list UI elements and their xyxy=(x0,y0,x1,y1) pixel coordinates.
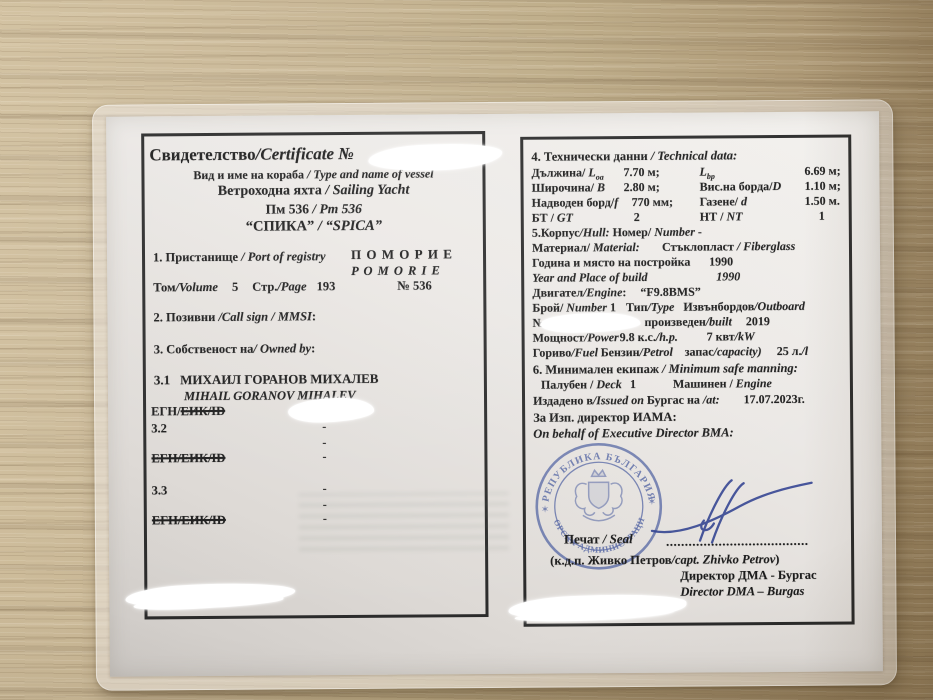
owner-1-line: 3.1МИХАИЛ ГОРАНОВ МИХАЛЕВ xyxy=(154,372,379,389)
vessel-type-sep: / xyxy=(322,183,333,198)
issued-line: Издадено в/Issued on Бургас на /at:17.07… xyxy=(533,393,805,409)
fuel-type-bg: Бензин xyxy=(601,345,640,359)
dots-text: ...................................... xyxy=(666,533,809,549)
volume-label-en: /Volume xyxy=(176,280,218,294)
title-english: /Certificate № xyxy=(256,144,354,164)
fuel-label-bg: Гориво xyxy=(533,345,572,359)
behalf-bg-text: За Изп. директор ИАМА: xyxy=(533,410,677,425)
page-label-bg: Стр. xyxy=(252,280,277,294)
owner-2-dash-2: - xyxy=(322,436,326,450)
dash-text: - xyxy=(322,435,326,449)
coat-of-arms-crown xyxy=(592,470,606,476)
vessel-type-bg: Ветроходна яхта xyxy=(218,183,322,199)
stamp-coat-of-arms xyxy=(575,470,622,521)
year-built-label-bg: Година и място на постройка xyxy=(532,256,690,271)
signature-dotted-line: ...................................... xyxy=(666,534,809,550)
draft-symbol: d xyxy=(741,194,747,208)
captain-name-en: /capt. Zhivko Petrov xyxy=(671,552,775,567)
length-value: 7.70 м; xyxy=(623,166,659,180)
owned-by-colon: : xyxy=(311,341,315,355)
call-sign-colon: : xyxy=(312,309,316,323)
fuel-capacity-value: 25 л./l xyxy=(777,345,809,359)
hull-heading: 5.Корпус/Hull: Номер/ Number - xyxy=(532,226,702,241)
gross-tonnage-value: 2 xyxy=(634,211,640,225)
port-bg-text: П О М О Р И Е xyxy=(351,246,453,262)
owner-3-number-line: 3.3 xyxy=(152,483,168,497)
vessel-type-line: Ветроходна яхта / Sailing Yacht xyxy=(145,182,483,200)
laminate-pouch: Свидетелство/Certificate № Вид и име на … xyxy=(92,99,897,691)
draft-value-text: 1.50 м. xyxy=(805,194,840,208)
owner-3-egn-line: ЕГН/ЕИК/ID xyxy=(152,513,226,528)
draft-label-bg: Газене/ xyxy=(700,194,741,208)
draft-label: Газене/ d xyxy=(700,195,747,209)
built-year-value: 2019 xyxy=(746,314,770,328)
power-hp-bg: 9.8 к.с. xyxy=(620,330,656,344)
port-en-text: P O M O R I E xyxy=(351,263,441,278)
capacity-label-bg: запас xyxy=(685,344,714,358)
gt-value-text: 2 xyxy=(634,210,640,224)
port-heading-bg: 1. Пристанище xyxy=(153,250,238,265)
coat-of-arms-scroll xyxy=(583,515,615,521)
freeboard-symbol: f xyxy=(614,195,618,209)
lbp-value: 6.69 м; xyxy=(804,165,840,179)
owner-2-dash-3: - xyxy=(322,450,326,464)
year-built-label-en: Year and Place of build xyxy=(532,271,647,286)
depth-value: 1.10 м; xyxy=(805,180,841,194)
call-sign-heading: 2. Позивни /Call sign / MMSI: xyxy=(153,309,316,325)
manning-heading-bg: 6. Минимален екипаж xyxy=(533,362,659,377)
engine-type-value-bg: Извънбордов xyxy=(680,299,754,314)
reverse-side-bleedthrough xyxy=(299,492,509,551)
nt-label-bg: НТ / xyxy=(700,209,727,223)
draft-value: 1.50 м. xyxy=(805,195,840,209)
owner-2-number-line: 3.2 xyxy=(151,421,167,435)
technical-heading-en: / Technical data: xyxy=(648,148,738,163)
egn-struck-part: ЕИК/ID xyxy=(181,404,226,418)
page-value: 193 xyxy=(317,279,336,293)
seal-label-bg: Печат xyxy=(564,531,600,546)
owner-2-number: 3.2 xyxy=(151,421,167,435)
hull-number-value: - xyxy=(695,225,702,239)
port-value-en: P O M O R I E xyxy=(351,263,441,278)
egn-label: ЕГН/ xyxy=(151,404,181,418)
hull-number-en: Number xyxy=(651,225,695,239)
certificate-number-value: № 536 xyxy=(397,278,432,293)
material-label-bg: Материал/ xyxy=(532,240,590,254)
issued-date: 17.07.2023г. xyxy=(744,392,805,406)
engine-built-line: произведен/built2019 xyxy=(644,315,769,330)
captain-name-bg: (к.д.п. Живко Петров xyxy=(550,553,671,568)
length-label-bg: Дължина/ xyxy=(531,165,588,179)
power-kw-value: 7 квт/kW xyxy=(707,330,755,344)
redaction-certificate-number xyxy=(368,142,503,174)
fuel-capacity-label: запас/capacity) xyxy=(685,345,762,359)
net-tonnage-value: 1 xyxy=(819,210,825,224)
hull-heading-en: /Hull: xyxy=(579,225,609,239)
owner-3-number: 3.3 xyxy=(152,483,168,497)
nt-value-text: 1 xyxy=(819,209,825,223)
fuel-type-value: Бензин/Petrol xyxy=(601,346,673,360)
machine-label-bg: Машинен / xyxy=(673,376,736,390)
freeboard-value-text: 770 мм; xyxy=(632,195,673,209)
year-en-text: Year and Place of build xyxy=(532,270,647,285)
call-sign-en: /Call sign / MMSI xyxy=(215,309,312,324)
depth-symbol: D xyxy=(772,179,781,193)
freeboard-label-bg: Надводен борд/ xyxy=(532,195,615,210)
engine-type-en: /Type xyxy=(647,300,674,314)
deck-label-bg: Палубен / xyxy=(541,377,597,391)
engine-model-value: “F9.8BMS” xyxy=(640,285,700,299)
deck-value-text: 1 xyxy=(630,377,636,391)
machine-label-en: Engine xyxy=(736,376,772,390)
year-bg-value-text: 1990 xyxy=(709,254,733,268)
material-label: Материал/ Material: xyxy=(532,241,640,256)
length-value-text: 7.70 м; xyxy=(623,165,659,179)
vessel-name-en: “SPICA” xyxy=(325,218,382,234)
capacity-value-en: /l xyxy=(801,344,808,358)
registration-sep: / xyxy=(309,201,320,216)
owned-by-en: / Owned by xyxy=(253,341,311,355)
manning-heading-en: / Minimum safe manning: xyxy=(659,361,798,376)
engine-crew-label: Машинен / Engine xyxy=(673,377,772,391)
registration-en: Pm 536 xyxy=(319,201,361,216)
owned-by-bg: 3. Собственост на xyxy=(154,342,254,357)
fuel-type-en: /Petrol xyxy=(639,345,672,359)
gt-label-en: GT xyxy=(557,210,573,224)
vessel-name-bg: “СПИКА” xyxy=(246,218,315,234)
type-name-bg: Вид и име на кораба xyxy=(193,167,304,182)
deck-crew-label: Палубен / Deck xyxy=(541,378,622,392)
port-heading-en: / Port of registry xyxy=(238,249,326,264)
volume-page-line: Том/Volume5Стр./Page193 xyxy=(153,279,335,295)
owner-1-number: 3.1 xyxy=(154,372,170,387)
engine-label-en: /Engine xyxy=(583,285,622,299)
power-hp-en: /h.p. xyxy=(656,330,678,344)
engine-type-bg: Тип xyxy=(626,300,648,314)
photo-of-certificate-on-wood-table: Свидетелство/Certificate № Вид и име на … xyxy=(0,0,933,700)
engine-line: Двигател/Engine:“F9.8BMS” xyxy=(532,286,701,301)
year-built-value-bg: 1990 xyxy=(709,255,733,269)
built-label-bg: произведен xyxy=(644,315,705,329)
volume-label-bg: Том xyxy=(153,280,175,294)
issued-na: на xyxy=(687,393,703,407)
registration-line: Пм 536 / Pm 536 xyxy=(145,200,483,218)
engine-count-value: 1 xyxy=(607,300,616,314)
certificate-paper: Свидетелство/Certificate № Вид и име на … xyxy=(106,111,883,676)
beam-symbol: B xyxy=(597,180,605,194)
owner-2-egn-line: ЕГН/ЕИК/ID xyxy=(151,451,225,466)
power-hp-value: 9.8 к.с./h.p. xyxy=(620,331,678,345)
beam-label-bg: Широчина/ xyxy=(532,180,597,194)
director-title-bg-line: Директор ДМА - Бургас xyxy=(680,568,816,583)
registration-bg: Пм 536 xyxy=(266,201,309,216)
egn-struck-full: ЕГН/ЕИК/ID xyxy=(152,513,226,528)
technical-data-heading: 4. Технически данни / Technical data: xyxy=(531,148,737,164)
fuel-label-en: /Fuel xyxy=(571,345,598,359)
certificate-left-page: Свидетелство/Certificate № Вид и име на … xyxy=(141,131,488,619)
engine-count-bg: Брой/ xyxy=(532,301,563,315)
title-bulgarian: Свидетелство xyxy=(149,145,255,165)
call-sign-bg: 2. Позивни xyxy=(153,310,215,324)
hull-heading-bg: 5.Корпус xyxy=(532,225,580,239)
issued-place: Бургас xyxy=(644,393,687,407)
engine-type-value-en: /Outboard xyxy=(754,299,805,313)
type-name-sep: / xyxy=(304,167,313,181)
fuel-label: Гориво/Fuel xyxy=(533,346,598,360)
stamp-star-left: ✶ xyxy=(541,505,549,516)
depth-label: Вис.на борда/D xyxy=(700,180,782,194)
material-value-en: / Fiberglass xyxy=(734,239,795,253)
page-label-en: /Page xyxy=(277,279,306,293)
seal-label: Печат / Seal xyxy=(564,532,633,547)
volume-value: 5 xyxy=(232,280,238,294)
capacity-value-bg: 25 л. xyxy=(777,344,802,358)
owner-1-egn-line: ЕГН/ЕИК/ID xyxy=(151,404,225,419)
material-value-bg: Стъклопласт xyxy=(662,239,734,254)
net-tonnage-label: НТ / NT xyxy=(700,210,743,224)
freeboard-label: Надводен борд/f xyxy=(532,196,619,210)
deck-crew-value: 1 xyxy=(630,378,636,392)
year-built-value-en: 1990 xyxy=(716,270,740,284)
built-label-en: /built xyxy=(706,314,732,328)
power-kw-bg: 7 квт xyxy=(707,329,735,343)
on-behalf-bg-line: За Изп. директор ИАМА: xyxy=(533,410,677,425)
director-title-en-line: Director DMA – Burgas xyxy=(680,584,804,599)
director-title-en: Director DMA – Burgas xyxy=(680,584,804,599)
owner-1-name-bg: МИХАИЛ ГОРАНОВ МИХАЛЕВ xyxy=(180,371,378,387)
owned-by-heading: 3. Собственост на/ Owned by: xyxy=(154,341,316,357)
engine-label-bg: Двигател xyxy=(532,285,583,299)
technical-heading-bg: 4. Технически данни xyxy=(531,149,647,164)
seal-label-en: / Seal xyxy=(599,531,632,546)
beam-value-text: 2.80 м; xyxy=(624,180,660,194)
material-label-en: Material: xyxy=(590,240,640,254)
hull-number-bg: Номер/ xyxy=(609,225,651,239)
vessel-name-sep: / xyxy=(314,218,325,234)
power-label: Мощност/Power xyxy=(533,331,619,345)
material-value: Стъклопласт / Fiberglass xyxy=(662,240,795,255)
capacity-label-en: /capacity) xyxy=(714,344,762,358)
port-value-bg: П О М О Р И Е xyxy=(351,247,453,263)
year-bg-text: Година и място на постройка xyxy=(532,255,690,270)
depth-value-text: 1.10 м; xyxy=(804,179,840,193)
gt-label-bg: БТ / xyxy=(532,211,557,225)
captain-name-line: (к.д.п. Живко Петров/capt. Zhivko Petrov… xyxy=(550,552,779,568)
cert-no-text: № 536 xyxy=(397,278,432,292)
freeboard-value: 770 мм; xyxy=(632,196,673,210)
nt-label-en: NT xyxy=(726,209,742,223)
coat-of-arms-shield xyxy=(589,482,609,508)
issued-label-bg: Издадено в xyxy=(533,393,593,407)
depth-label-bg: Вис.на борда/ xyxy=(700,179,773,194)
issued-label-en: /Issued on xyxy=(593,393,644,407)
beam-label: Широчина/ B xyxy=(532,181,606,195)
dash-text: - xyxy=(322,449,326,463)
deck-label-en: Deck xyxy=(596,377,621,391)
vessel-name-line: “СПИКА” / “SPICA” xyxy=(145,217,483,236)
issued-at: /at: xyxy=(703,392,720,406)
director-title-bg: Директор ДМА - Бургас xyxy=(680,568,816,583)
egn-struck-full: ЕГН/ЕИК/ID xyxy=(151,451,225,466)
beam-value: 2.80 м; xyxy=(624,181,660,195)
certificate-title: Свидетелство/Certificate № xyxy=(149,144,354,165)
engine-colon: : xyxy=(622,285,626,299)
certificate-right-page: 4. Технически данни / Technical data: Дъ… xyxy=(520,135,854,627)
signature-sweep-stroke xyxy=(652,483,812,532)
vessel-type-en: Sailing Yacht xyxy=(333,183,410,199)
lbp-value-text: 6.69 м; xyxy=(804,164,840,178)
gross-tonnage-label: БТ / GT xyxy=(532,211,573,225)
captain-name-close: ) xyxy=(775,552,779,566)
power-kw-en: /kW xyxy=(735,329,755,343)
port-of-registry-heading: 1. Пристанище / Port of registry xyxy=(153,249,326,265)
manning-heading: 6. Минимален екипаж / Minimum safe manni… xyxy=(533,361,798,377)
year-en-value-text: 1990 xyxy=(716,269,740,283)
